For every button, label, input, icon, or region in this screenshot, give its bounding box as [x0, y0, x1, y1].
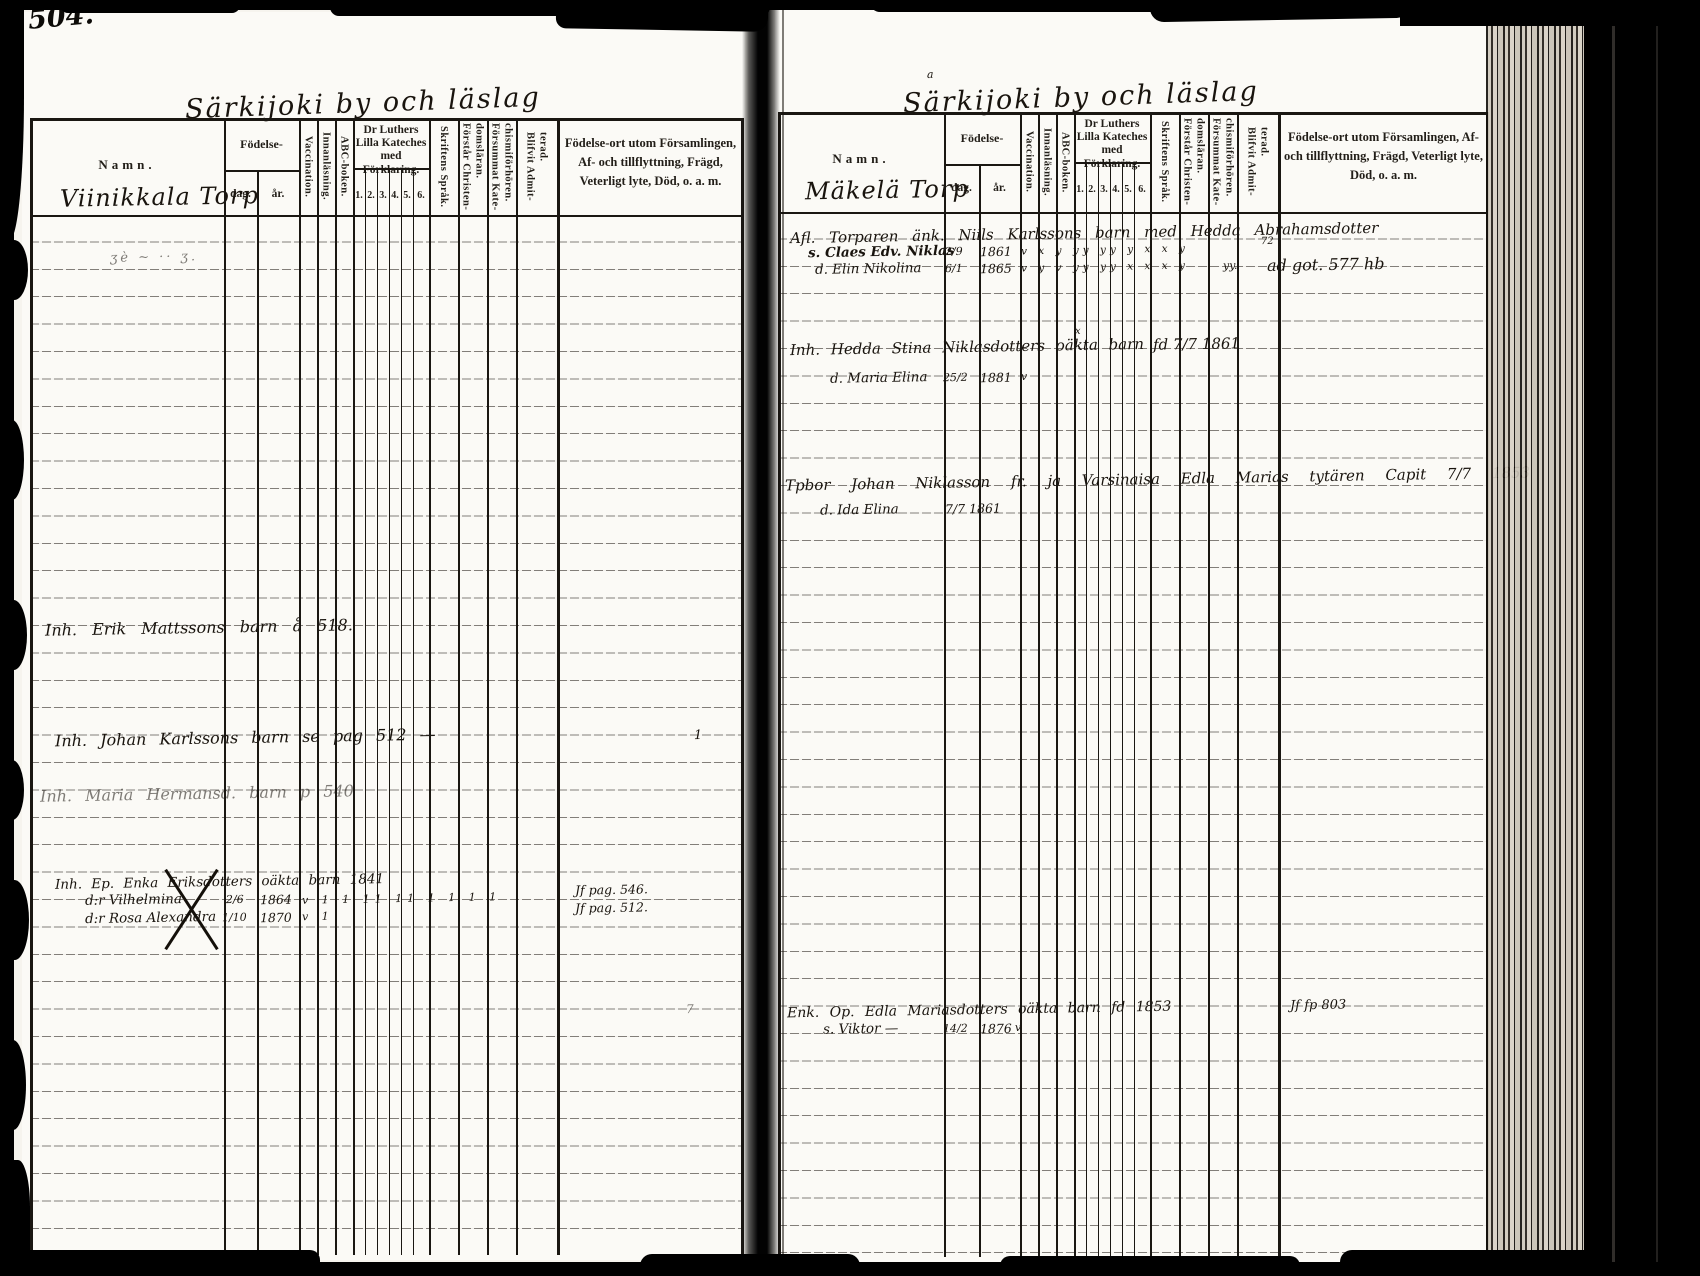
column-header-abc-boken-label: ABC-boken.: [337, 136, 350, 197]
grid-header-line: [30, 118, 744, 121]
kateches-col-3: 3.: [1098, 184, 1110, 196]
column-header-innanlasning-label: Innanläsning.: [1040, 128, 1053, 196]
birth-day: 25/2: [943, 371, 968, 384]
kateches-col-6: 6.: [413, 190, 429, 202]
margin-note: Jf pag. 512.: [575, 899, 648, 915]
column-header-namn: Namn.: [30, 158, 224, 173]
column-header-vaccination: Vaccination.: [299, 118, 317, 215]
page-right-505: Särkijoki by och läslag a Namn. Födelse-…: [775, 8, 1565, 1262]
kateches-col-3: 3.: [377, 190, 389, 202]
grid-column-line: [224, 118, 226, 1255]
scan-blot: [1340, 1250, 1600, 1276]
grid-column-line: [257, 170, 259, 1255]
column-header-ar: år.: [979, 182, 1020, 195]
grid-column-line: [1074, 112, 1076, 1257]
grid-header-line: [778, 112, 1489, 115]
grid-column-line: [335, 118, 337, 1255]
page-left-504: Särkijoki by och läslag Namn. Födelse- d…: [22, 12, 745, 1260]
scanned-book-spread: Särkijoki by och läslag Namn. Födelse- d…: [0, 0, 1700, 1276]
kateches-col-5: 5.: [401, 190, 413, 202]
column-header-forstar-label: Förstår Christen- domsläran.: [459, 123, 485, 210]
column-header-vaccination-label: Vaccination.: [1022, 131, 1035, 192]
column-header-fodelse: Födelse-: [944, 132, 1020, 146]
birth-year: 1870: [260, 910, 292, 926]
village-title-handwritten: Viinikkala Torp: [60, 181, 259, 212]
grid-column-line: [353, 118, 355, 1255]
grid-column-line: [1056, 112, 1058, 1257]
grid-column-line: [1150, 112, 1152, 1257]
grid-column-line: [377, 168, 378, 1255]
grid-column-line: [317, 118, 319, 1255]
column-header-innanlasning-label: Innanläsning.: [319, 132, 332, 200]
column-header-forsummat: Försummat Kate- chismiförhören.: [487, 118, 516, 215]
birth-year: 1865: [980, 261, 1012, 277]
grid-column-line: [1278, 112, 1281, 1257]
margin-note: Jf fp 803: [1290, 998, 1346, 1014]
birth-day: 2/6: [226, 893, 244, 906]
exam-marks: yy.: [1223, 259, 1238, 272]
grid-column-line: [1122, 162, 1123, 1257]
birth-day: 14/2: [943, 1022, 968, 1035]
column-header-skriftens-sprak: Skriftens Språk.: [429, 118, 458, 215]
column-header-innanlasning: Innanläsning.: [1038, 112, 1056, 212]
column-header-vaccination-label: Vaccination.: [301, 136, 314, 197]
grid-column-line: [401, 168, 402, 1255]
scan-margin-right: [1584, 0, 1700, 1276]
grid-header-line: [944, 164, 1020, 166]
column-header-forsummat-label: Försummat Kate- chismiförhören.: [488, 123, 514, 211]
birth-year: 1876: [980, 1021, 1012, 1037]
birth-day: 6/1: [945, 262, 963, 275]
grid-column-line: [389, 168, 390, 1255]
kateches-col-5: 5.: [1122, 184, 1134, 196]
scan-blot: [0, 0, 24, 240]
grid-header-line: [778, 212, 1489, 214]
scan-blot: [1000, 1256, 1300, 1276]
column-header-namn: Namn.: [778, 152, 944, 167]
entry-son-claes: s. Claes Edv. Niklas: [808, 243, 955, 262]
tally-mark: 1: [694, 728, 703, 743]
grid-header-line: [224, 170, 299, 172]
birth-year: 1864: [260, 892, 292, 908]
column-header-forstar: Förstår Christen- domsläran.: [1179, 112, 1208, 212]
kateches-col-6: 6.: [1134, 184, 1150, 196]
entry-son-viktor: s. Viktor —: [823, 1020, 899, 1037]
scan-blot: [640, 1254, 860, 1276]
column-header-abc-boken: ABC-boken.: [335, 118, 353, 215]
birth-day: 2/9: [945, 245, 963, 258]
grid-column-line: [944, 112, 946, 1257]
column-header-abc-boken: ABC-boken.: [1056, 112, 1074, 212]
scan-blot: [1400, 0, 1700, 26]
scan-blot: [0, 880, 29, 960]
kateches-col-2: 2.: [365, 190, 377, 202]
column-header-forsummat: Försummat Kate- chismiförhören.: [1208, 112, 1237, 212]
column-header-fodelseort: Födelse-ort utom Församlingen, Af- och t…: [1282, 128, 1485, 184]
margin-note: ad got. 577 hb: [1267, 254, 1385, 275]
grid-column-line: [30, 118, 33, 1255]
book-gutter-shadow: [742, 0, 780, 1276]
scan-blot: [0, 1250, 320, 1276]
scan-streak: [1656, 0, 1658, 1276]
grid-column-line: [1086, 162, 1087, 1257]
grid-column-line: [413, 168, 414, 1255]
grid-column-line: [429, 118, 431, 1255]
kateches-col-2: 2.: [1086, 184, 1098, 196]
scan-blot: [0, 1040, 26, 1130]
book-page-edges: [1486, 0, 1586, 1276]
column-header-forstar: Förstår Christen- domsläran.: [458, 118, 487, 215]
column-header-fodelseort: Födelse-ort utom Församlingen, Af- och t…: [561, 134, 740, 190]
column-header-ar: år.: [257, 188, 299, 201]
entry-dotter-ida-elina: d. Ida Elina: [820, 501, 899, 518]
grid-header-line: [30, 215, 744, 217]
grid-column-line: [979, 164, 981, 1257]
entry-dotter-vilhelmina: d:r Vilhelmina: [85, 891, 182, 909]
birth-year: 1861: [980, 244, 1012, 260]
page-edge-line: [782, 0, 784, 1276]
scan-blot: [0, 420, 24, 500]
column-header-forstar-label: Förstår Christen- domsläran.: [1180, 118, 1206, 205]
grid-column-line: [1110, 162, 1111, 1257]
entry-dotter-maria-elina: d. Maria Elina: [830, 369, 928, 387]
column-header-blifvit: Blifvit Admit- terad.: [516, 118, 557, 215]
grid-column-line: [1134, 162, 1135, 1257]
tally-mark: 7: [686, 1002, 694, 1016]
column-header-fodelse: Födelse-: [224, 138, 299, 152]
grid-column-line: [516, 118, 518, 1255]
grid-column-line: [1179, 112, 1181, 1257]
column-header-blifvit: Blifvit Admit- terad.: [1237, 112, 1278, 212]
kateches-col-4: 4.: [389, 190, 401, 202]
scan-blot: [60, 0, 240, 13]
grid-header-line: [353, 168, 429, 170]
column-header-forsummat-label: Försummat Kate- chismiförhören.: [1209, 118, 1235, 206]
grid-column-line: [557, 118, 560, 1255]
column-header-innanlasning: Innanläsning.: [317, 118, 335, 215]
scan-blot: [0, 600, 27, 670]
scan-blot: [556, 0, 768, 32]
column-header-skriftens-sprak-label: Skriftens Språk.: [437, 126, 450, 208]
grid-column-line: [1098, 162, 1099, 1257]
column-header-blifvit-label: Blifvit Admit- terad.: [523, 132, 549, 201]
grid-column-line: [487, 118, 489, 1255]
grid-column-line: [1038, 112, 1040, 1257]
grid-column-line: [1020, 112, 1022, 1257]
column-header-vaccination: Vaccination.: [1020, 112, 1038, 212]
column-header-abc-boken-label: ABC-boken.: [1058, 132, 1071, 193]
birth-year: 1881: [980, 370, 1012, 386]
entry-dotter-elin: d. Elin Nikolina: [815, 260, 922, 278]
grid-column-line: [458, 118, 460, 1255]
margin-note: Jf pag. 546.: [575, 881, 648, 897]
column-header-skriftens-sprak: Skriftens Språk.: [1150, 112, 1179, 212]
entry-scribble: ʒè ~ ·· ʒ.: [110, 249, 198, 266]
column-header-skriftens-sprak-label: Skriftens Språk.: [1158, 121, 1171, 203]
scan-blot: [0, 240, 28, 300]
scan-blot: [0, 760, 24, 820]
kateches-col-4: 4.: [1110, 184, 1122, 196]
column-header-blifvit-label: Blifvit Admit- terad.: [1244, 127, 1270, 196]
grid-column-line: [299, 118, 301, 1255]
grid-column-line: [1237, 112, 1239, 1257]
scan-streak: [1612, 0, 1615, 1276]
heading-superscript: a: [927, 68, 934, 81]
grid-header-line: [1074, 162, 1150, 164]
margin-number: 72: [1261, 236, 1274, 247]
grid-column-line: [1208, 112, 1210, 1257]
grid-column-line: [365, 168, 366, 1255]
birth-date: 7/7 1861: [945, 501, 1001, 517]
entry-fd-date: fd 7/7 1861: [1153, 334, 1240, 354]
